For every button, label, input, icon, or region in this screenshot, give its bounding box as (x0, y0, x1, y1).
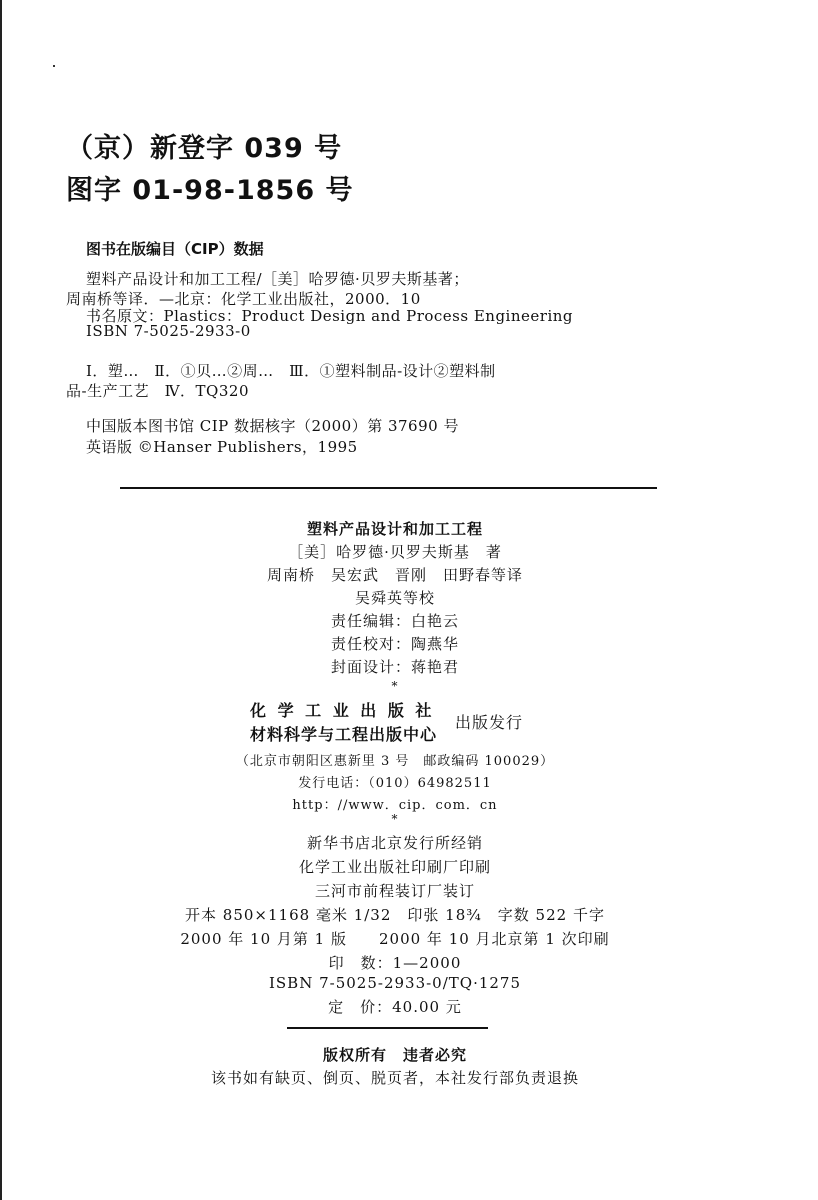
return-notice: 该书如有缺页、倒页、脱页者，本社发行部负责退换 (0, 1067, 790, 1088)
distributor: 新华书店北京发行所经销 (0, 832, 790, 853)
english-edition: 英语版 ©Hanser Publishers，1995 (86, 436, 358, 457)
edition-info: 2000 年 10 月第 1 版 2000 年 10 月北京第 1 次印刷 (0, 928, 790, 949)
cip-data-number: 中国版本图书馆 CIP 数据核字（2000）第 37690 号 (86, 415, 459, 436)
publisher-phone: 发行电话：（010）64982511 (0, 772, 790, 791)
cip-line-1: 塑料产品设计和加工工程/［美］哈罗德·贝罗夫斯基著； (86, 268, 469, 289)
book-title: 塑料产品设计和加工工程 (0, 518, 790, 539)
copyright-divider (287, 1027, 488, 1029)
book-author: ［美］哈罗德·贝罗夫斯基 著 (0, 541, 790, 562)
copyright-notice: 版权所有 违者必究 (0, 1044, 790, 1065)
cip-classification-1: Ⅰ．塑… Ⅱ．①贝…②周… Ⅲ．①塑料制品-设计②塑料制 (86, 360, 496, 381)
registration-line-2: 图字 01-98-1856 号 (66, 168, 354, 207)
responsible-proofreader: 责任校对：陶燕华 (0, 633, 790, 654)
publisher-line-2: 材料科学与工程出版中心 (250, 722, 437, 746)
publisher-line-1: 化 学 工 业 出 版 社 (250, 698, 437, 722)
publisher-website: http：//www．cip．com．cn (0, 794, 790, 813)
publisher-address: （北京市朝阳区惠新里 3 号 邮政编码 100029） (0, 750, 790, 769)
printer: 化学工业出版社印刷厂印刷 (0, 856, 790, 877)
book-price: 定 价：40.00 元 (0, 996, 790, 1017)
cip-heading: 图书在版编目（CIP）数据 (86, 238, 264, 259)
cover-designer: 封面设计：蒋艳君 (0, 656, 790, 677)
translators: 周南桥 吴宏武 晋刚 田野春等译 (0, 564, 790, 585)
proofreaders: 吴舜英等校 (0, 587, 790, 608)
responsible-editor: 责任编辑：白艳云 (0, 610, 790, 631)
cip-line-4: ISBN 7-5025-2933-0 (86, 322, 251, 340)
binder: 三河市前程装订厂装订 (0, 880, 790, 901)
separator-star-2: * (0, 812, 790, 826)
book-format: 开本 850×1168 毫米 1/32 印张 18¾ 字数 522 千字 (0, 904, 790, 925)
print-run: 印 数：1—2000 (0, 952, 790, 973)
cip-classification-2: 品-生产工艺 Ⅳ．TQ320 (66, 380, 249, 401)
section-divider (120, 487, 657, 489)
publisher-role: 出版发行 (455, 710, 523, 733)
isbn-full: ISBN 7-5025-2933-0/TQ·1275 (0, 974, 790, 992)
registration-line-1: （京）新登字 039 号 (66, 126, 342, 165)
publisher-names: 化 学 工 业 出 版 社 材料科学与工程出版中心 (250, 698, 437, 746)
scan-speck (53, 65, 55, 67)
separator-star-1: * (0, 679, 790, 693)
